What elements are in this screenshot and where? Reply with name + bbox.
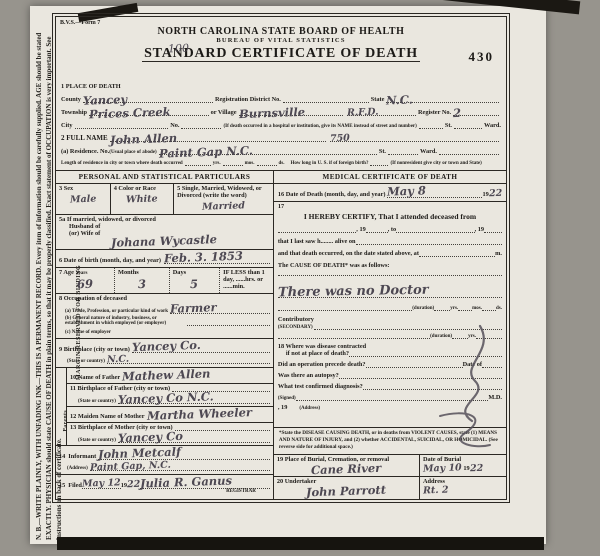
mother-name-row: 12 Maiden Name of Mother Martha Wheeler	[67, 407, 273, 423]
yrs-label: yrs.	[213, 161, 221, 166]
burial-place-value: Cane River	[311, 462, 382, 476]
certificate-title: STANDARD CERTIFICATE OF DEATH	[56, 46, 506, 62]
dotted-line: John Allen	[110, 133, 326, 142]
disease-contracted-row: 18 Where was disease contracted if not a…	[278, 343, 502, 357]
filed-row: 15 Filed May 12 19 22 Julia R. Ganus REG…	[56, 475, 273, 499]
certify-block: 17 I HEREBY CERTIFY, That I attended dec…	[274, 202, 506, 415]
dotted-line	[439, 146, 499, 155]
informant-address-value: Paint Gap, N.C.	[90, 460, 171, 472]
register-no-value: 2	[453, 108, 461, 120]
operation-row: Did an operation precede death? Date of	[278, 361, 502, 368]
dotted-line	[283, 94, 369, 103]
dotted-line	[278, 338, 430, 339]
years-label: Years	[75, 271, 87, 276]
disease-contracted-label: 18 Where was disease contracted	[278, 343, 366, 350]
certify-line2: , 19 , to , 19	[278, 226, 502, 233]
dob-label: 6 Date of birth (month, day, and year)	[59, 257, 161, 264]
full-name-label: 2 FULL NAME	[61, 134, 108, 142]
dotted-line: 2	[453, 107, 499, 116]
dotted-line	[278, 275, 502, 276]
occupation-b-label: (b) General nature of industry, business…	[65, 316, 185, 326]
signed-address-row: , 19 (Address)	[278, 404, 502, 413]
medical-column: MEDICAL CERTIFICATE OF DEATH 16 Date of …	[274, 171, 506, 499]
village-label: or Village	[211, 109, 237, 116]
father-birthplace-value: Yancey Co N.C.	[118, 391, 214, 406]
year-19b-label: , 19	[475, 226, 484, 233]
dotted-line	[181, 120, 221, 129]
certify-line1: I HEREBY CERTIFY, That I attended deceas…	[278, 212, 502, 221]
age-label: 7 Age	[59, 269, 74, 276]
residence-st-label: St.	[379, 148, 386, 155]
full-name-extra: 750	[330, 134, 350, 144]
informant-number: 14	[59, 453, 65, 460]
foreign-birth-label: How long in U. S. if of foreign birth?	[290, 161, 368, 166]
nonresident-note: (If nonresident give city or town and St…	[390, 161, 481, 166]
age-months-value: 3	[138, 278, 146, 290]
dotted-line: John Metcalf	[98, 447, 270, 460]
state-value: N.C.	[386, 95, 413, 107]
st-label: St.	[445, 122, 452, 129]
undertaker-address-row: Address Rt. 2	[420, 476, 506, 498]
register-no-label: Register No.	[418, 109, 451, 116]
dotted-line	[349, 356, 502, 357]
race-value: White	[126, 194, 158, 205]
dotted-line	[257, 157, 277, 166]
mos-label: mos.	[245, 161, 255, 166]
city-row: City No. (If death occurred in a hospita…	[56, 120, 506, 129]
item-17-number: 17	[278, 203, 502, 210]
burial-right: Date of Burial May 10 1922 Address Rt. 2	[420, 455, 506, 499]
dotted-line	[366, 232, 388, 233]
burial-date-label: Date of Burial	[423, 456, 503, 463]
duration-label: (duration)	[412, 306, 434, 311]
parents-label: Parents	[63, 410, 69, 431]
undertaker-value: John Parrott	[306, 485, 386, 499]
sex-race-marital-row: 3 Sex Male 4 Color or Race White 5 Singl…	[56, 184, 273, 215]
occupation-a-label: (a) Trade, Profession, or particular kin…	[65, 309, 168, 314]
father-label: 10 Name of Father	[70, 374, 120, 381]
age-years-value: 69	[77, 278, 93, 290]
city-label: City	[61, 122, 73, 129]
full-name-value: John Allen	[109, 133, 177, 147]
informant-row: 14 Informant John Metcalf (Address) Pain…	[56, 446, 273, 475]
dotted-line: Paint Gap N.C.	[159, 146, 377, 155]
dotted-line: May 8	[387, 185, 482, 198]
undertaker-address-value: Rt. 2	[423, 485, 449, 495]
scanned-death-certificate: N. B.—WRITE PLAINLY, WITH UNFADING INK—T…	[0, 0, 600, 556]
board-title: NORTH CAROLINA STATE BOARD OF HEALTH	[56, 17, 506, 37]
race-label: 4 Color or Race	[114, 185, 170, 192]
mother-birthplace-value: Yancey Co	[118, 430, 183, 444]
residence-label: (a) Residence. No.	[61, 148, 109, 155]
full-name-row: 2 FULL NAME John Allen 750	[56, 133, 506, 142]
dotted-line: Julia R. Ganus	[140, 476, 270, 489]
dotted-line: Burnsville	[239, 107, 343, 116]
medical-section-title: MEDICAL CERTIFICATE OF DEATH	[274, 171, 506, 184]
burial-left: 19 Place of Burial, Cremation, or remova…	[274, 455, 420, 499]
county-label: County	[61, 96, 81, 103]
duration-mos-label: mos.	[472, 306, 482, 311]
father-birthplace-sublabel: (State or country)	[78, 399, 116, 404]
dob-value: Feb. 3. 1853	[164, 251, 243, 265]
filed-date-value: May 12	[82, 478, 121, 489]
street-no-label: No.	[170, 122, 179, 129]
cause-footnote: *State the DISEASE CAUSING DEATH, or in …	[274, 427, 506, 453]
months-label: Months	[118, 269, 166, 276]
to-label: , to	[388, 226, 396, 233]
dotted-line	[396, 232, 474, 233]
form-number-label: B.V.S.—Form 7	[60, 20, 100, 26]
parents-block: Parents 10 Name of Father Mathew Allen 1…	[56, 368, 273, 446]
ward-label: Ward.	[484, 122, 501, 129]
dotted-line	[458, 310, 472, 311]
filed-number: 15	[59, 482, 65, 489]
form-columns: PERSONAL AND STATISTICAL PARTICULARS 3 S…	[56, 170, 506, 499]
dotted-line: Feb. 3. 1853	[164, 251, 270, 264]
dotted-line	[356, 244, 502, 245]
personal-section-title: PERSONAL AND STATISTICAL PARTICULARS	[56, 171, 273, 184]
mother-birthplace-row: 13 Birthplace of Mother (city or town) (…	[67, 423, 273, 446]
date-of-death-row: 16 Date of Death (month, day, and year) …	[274, 184, 506, 202]
dotted-line	[476, 338, 502, 339]
age-days-cell: Days 5	[169, 268, 219, 293]
dotted-line	[419, 120, 443, 129]
sig-address-label: (Address)	[299, 406, 320, 411]
place-of-death-label: 1 PLACE OF DEATH	[61, 83, 121, 90]
dotted-line	[278, 310, 412, 311]
parents-rows: 10 Name of Father Mathew Allen 11 Birthp…	[67, 368, 273, 445]
duration-yrs-label: yrs.	[450, 306, 458, 311]
dotted-line	[419, 256, 495, 257]
personal-column: PERSONAL AND STATISTICAL PARTICULARS 3 S…	[56, 171, 274, 499]
year-19a-label: , 19	[356, 226, 365, 233]
race-cell: 4 Color or Race White	[110, 184, 173, 214]
occupation-row: 8 Occupation of deceased (a) Trade, Prof…	[56, 294, 273, 340]
marital-value: Married	[202, 201, 245, 212]
dotted-line: Paint Gap, N.C.	[90, 461, 270, 472]
signed-label: (Signed)	[278, 396, 296, 401]
dob-row: 6 Date of birth (month, day, and year) F…	[56, 250, 273, 268]
marital-label: 5 Single, Married, Widowed, or Divorced …	[177, 185, 270, 199]
filed-year-value: 22	[127, 480, 141, 490]
bureau-subtitle: BUREAU OF VITAL STATISTICS	[56, 37, 506, 44]
informant-label: Informant	[68, 453, 96, 460]
dotted-line	[482, 367, 502, 368]
form-header: B.V.S.—Form 7 NORTH CAROLINA STATE BOARD…	[56, 17, 506, 83]
occupation-value: Farmer	[170, 302, 217, 315]
date-of-death-label: 16 Date of Death (month, day, and year)	[278, 191, 386, 198]
sex-label: 3 Sex	[59, 185, 107, 192]
certificate-form: B.V.S.—Form 7 NORTH CAROLINA STATE BOARD…	[55, 16, 507, 500]
dotted-line: N.C.	[107, 354, 270, 365]
dotted-line	[366, 367, 463, 368]
undertaker-address-label: Address	[423, 478, 503, 485]
sex-value: Male	[70, 195, 97, 205]
husband-of-label: Husband of	[59, 223, 270, 230]
birthplace-value: Yancey Co.	[132, 340, 201, 354]
dotted-line: Farmer	[170, 302, 270, 315]
contributory-label: Contributory	[278, 316, 314, 323]
dotted-line: May 12	[82, 478, 121, 489]
undertaker-row: 20 Undertaker John Parrott	[274, 476, 419, 499]
md-label: M.D.	[488, 394, 502, 401]
last-saw-row: that I last saw h........ alive on	[278, 238, 502, 245]
mother-label: 12 Maiden Name of Mother	[70, 413, 145, 420]
birthplace-label: 9 Birthplace (city or town)	[59, 346, 130, 353]
autopsy-label: Was there an autopsy?	[278, 372, 339, 379]
cause-line1	[278, 275, 502, 276]
field-space: Mathew Allen	[122, 369, 270, 381]
death-occurred-label: and that death occurred, on the date sta…	[278, 250, 419, 257]
marital-cell: 5 Single, Married, Widowed, or Divorced …	[173, 184, 273, 214]
handwritten-number: 100	[168, 43, 189, 55]
burial-block: 19 Place of Burial, Cremation, or remova…	[274, 454, 506, 499]
dotted-line	[484, 232, 502, 233]
sig-year-label: , 19	[278, 404, 287, 411]
dotted-line: N.C.	[386, 94, 499, 103]
filed-label: Filed	[68, 482, 82, 489]
duration-row: (duration) yrs. mos. ds.	[278, 306, 502, 311]
days-label: Days	[173, 269, 216, 276]
dotted-line	[370, 157, 388, 166]
parents-strip: Parents	[56, 368, 67, 445]
operation-label: Did an operation precede death?	[278, 361, 366, 368]
village-value: Burnsville	[238, 107, 304, 121]
informant-address-label: (Address)	[67, 466, 88, 471]
dotted-line: Yancey Co	[118, 431, 270, 444]
duration2-yrs-label: yrs.	[468, 334, 476, 339]
dotted-line: 750	[330, 133, 499, 142]
secondary-label: (SECONDARY)	[278, 325, 313, 330]
duration2-label: (duration)	[430, 334, 452, 339]
date-of-death-value: May 8	[387, 185, 426, 198]
length-of-residence-label: Length of residence in city or town wher…	[61, 161, 183, 166]
place-of-death-row: 1 PLACE OF DEATH	[56, 83, 506, 90]
birthplace-row: 9 Birthplace (city or town) Yancey Co. (…	[56, 339, 273, 368]
dotted-line	[223, 157, 243, 166]
birthplace-state-value: N.C.	[107, 354, 129, 364]
burial-date-row: Date of Burial May 10 1922	[420, 455, 506, 476]
dotted-line	[434, 310, 450, 311]
cause-of-death-label: The CAUSE OF DEATH* was as follows:	[278, 262, 502, 269]
occupation-label: 8 Occupation of deceased	[59, 295, 270, 302]
dotted-line	[388, 146, 418, 155]
last-saw-label: that I last saw h........ alive on	[278, 238, 356, 245]
spouse-row: 5a If married, widowed, or divorced Husb…	[56, 215, 273, 251]
cause-line2: There was no Doctor	[278, 284, 502, 298]
county-row: County Yancey Registration District No. …	[56, 94, 506, 103]
dotted-line: Yancey	[83, 94, 213, 103]
father-value: Mathew Allen	[122, 368, 211, 383]
dotted-line: Prices Creek	[89, 107, 209, 116]
occupation-c-label: (c) Name of employer	[65, 330, 111, 335]
age-months-cell: Months 3	[114, 268, 169, 293]
duration2-row: (duration) yrs.	[278, 334, 502, 339]
dod-year-printed: 19	[482, 191, 488, 198]
village-extra-value: R.F.D.	[346, 107, 378, 118]
test-row: What test confirmed diagnosis?	[278, 383, 502, 390]
dotted-line	[296, 400, 489, 401]
registration-district-label: Registration District No.	[215, 96, 281, 103]
contributory-row: Contributory (SECONDARY)	[278, 316, 502, 330]
cause-of-death-value: There was no Doctor	[278, 283, 429, 299]
spouse-value: Johana Wycastle	[111, 234, 217, 249]
dotted-line	[482, 310, 496, 311]
duration-ds-label: ds.	[496, 306, 502, 311]
autopsy-row: Was there an autopsy?	[278, 372, 502, 379]
dotted-line	[452, 338, 468, 339]
dotted-line: There was no Doctor	[278, 284, 502, 298]
death-occurred-row: and that death occurred, on the date sta…	[278, 250, 502, 257]
test-label: What test confirmed diagnosis?	[278, 383, 363, 390]
burial-year-printed: 19	[463, 465, 469, 472]
signed-row: (Signed) M.D.	[278, 394, 502, 401]
township-row: Township Prices Creek or Village Burnsvi…	[56, 107, 506, 116]
date-of-label: Date of	[463, 361, 482, 368]
dotted-line	[278, 232, 356, 233]
mother-value: Martha Wheeler	[146, 407, 251, 422]
father-name-row: 10 Name of Father Mathew Allen	[67, 368, 273, 384]
mother-birthplace-sublabel: (State or country)	[78, 438, 116, 443]
ds-label: ds.	[279, 161, 285, 166]
m-label: m.	[495, 250, 502, 257]
dotted-line	[314, 329, 502, 330]
father-birthplace-row: 11 Birthplace of Father (city or town) (…	[67, 384, 273, 408]
burial-date-value: May 10	[423, 463, 462, 474]
state-label: State	[371, 96, 385, 103]
dotted-line	[339, 378, 502, 379]
hospital-note: (If death occurred in a hospital or inst…	[223, 124, 416, 129]
field-space: Martha Wheeler	[147, 408, 270, 420]
township-label: Township	[61, 109, 87, 116]
birthplace-state-label: (State or country)	[67, 359, 105, 364]
dod-year-value: 22	[489, 189, 503, 199]
burial-place-row: 19 Place of Burial, Cremation, or remova…	[274, 455, 419, 477]
burial-year-value: 22	[469, 463, 483, 473]
spouse-label: 5a If married, widowed, or divorced	[59, 216, 270, 223]
dotted-line: Yancey Co.	[132, 340, 270, 353]
age-days-value: 5	[190, 278, 198, 290]
dotted-line	[187, 325, 270, 326]
registrar-signature: Julia R. Ganus	[140, 475, 232, 490]
sex-cell: 3 Sex Male	[56, 184, 110, 214]
age-row: 7 Age Years 69 Months 3 Days 5 IF LESS t…	[56, 268, 273, 294]
dotted-line	[363, 389, 502, 390]
certificate-number: 430	[469, 49, 495, 65]
age-years-cell: 7 Age Years 69	[56, 268, 114, 293]
if-less-cell: IF LESS than 1 day, ......hrs. or ......…	[219, 268, 273, 293]
dotted-line	[454, 120, 482, 129]
township-value: Prices Creek	[89, 107, 171, 121]
residence-row: (a) Residence. No. (Usual place of abode…	[56, 146, 506, 155]
length-of-residence-row: Length of residence in city or town wher…	[56, 157, 506, 166]
residence-sublabel: (Usual place of abode)	[109, 150, 156, 155]
scan-artifact-bottom-band	[57, 537, 544, 550]
dotted-line: R.F.D.	[347, 107, 416, 116]
dotted-line: Yancey Co N.C.	[118, 392, 270, 405]
residence-ward-label: Ward.	[420, 148, 437, 155]
disease-contracted-label2: if not at place of death?	[286, 350, 349, 357]
